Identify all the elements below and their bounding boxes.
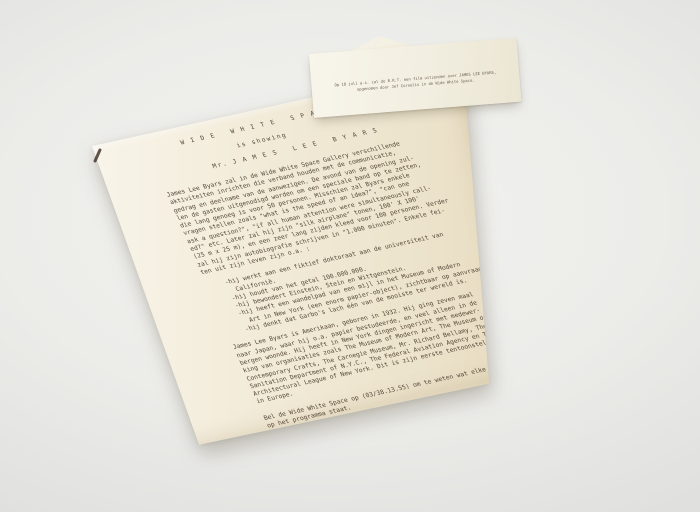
press-release-sheet: W I D E W H I T E S P A C E is showing M… [92,146,472,464]
announcement-card: Op 18 juli a.s. zal de B.R.T. een film u… [309,38,521,118]
typewritten-text: W I D E W H I T E S P A C E is showing M… [92,64,592,443]
paper-sheet-surface: W I D E W H I T E S P A C E is showing M… [92,64,532,457]
photo-backdrop: W I D E W H I T E S P A C E is showing M… [0,0,700,512]
announcement-card-text: Op 18 juli a.s. zal de B.R.T. een film u… [314,68,516,96]
